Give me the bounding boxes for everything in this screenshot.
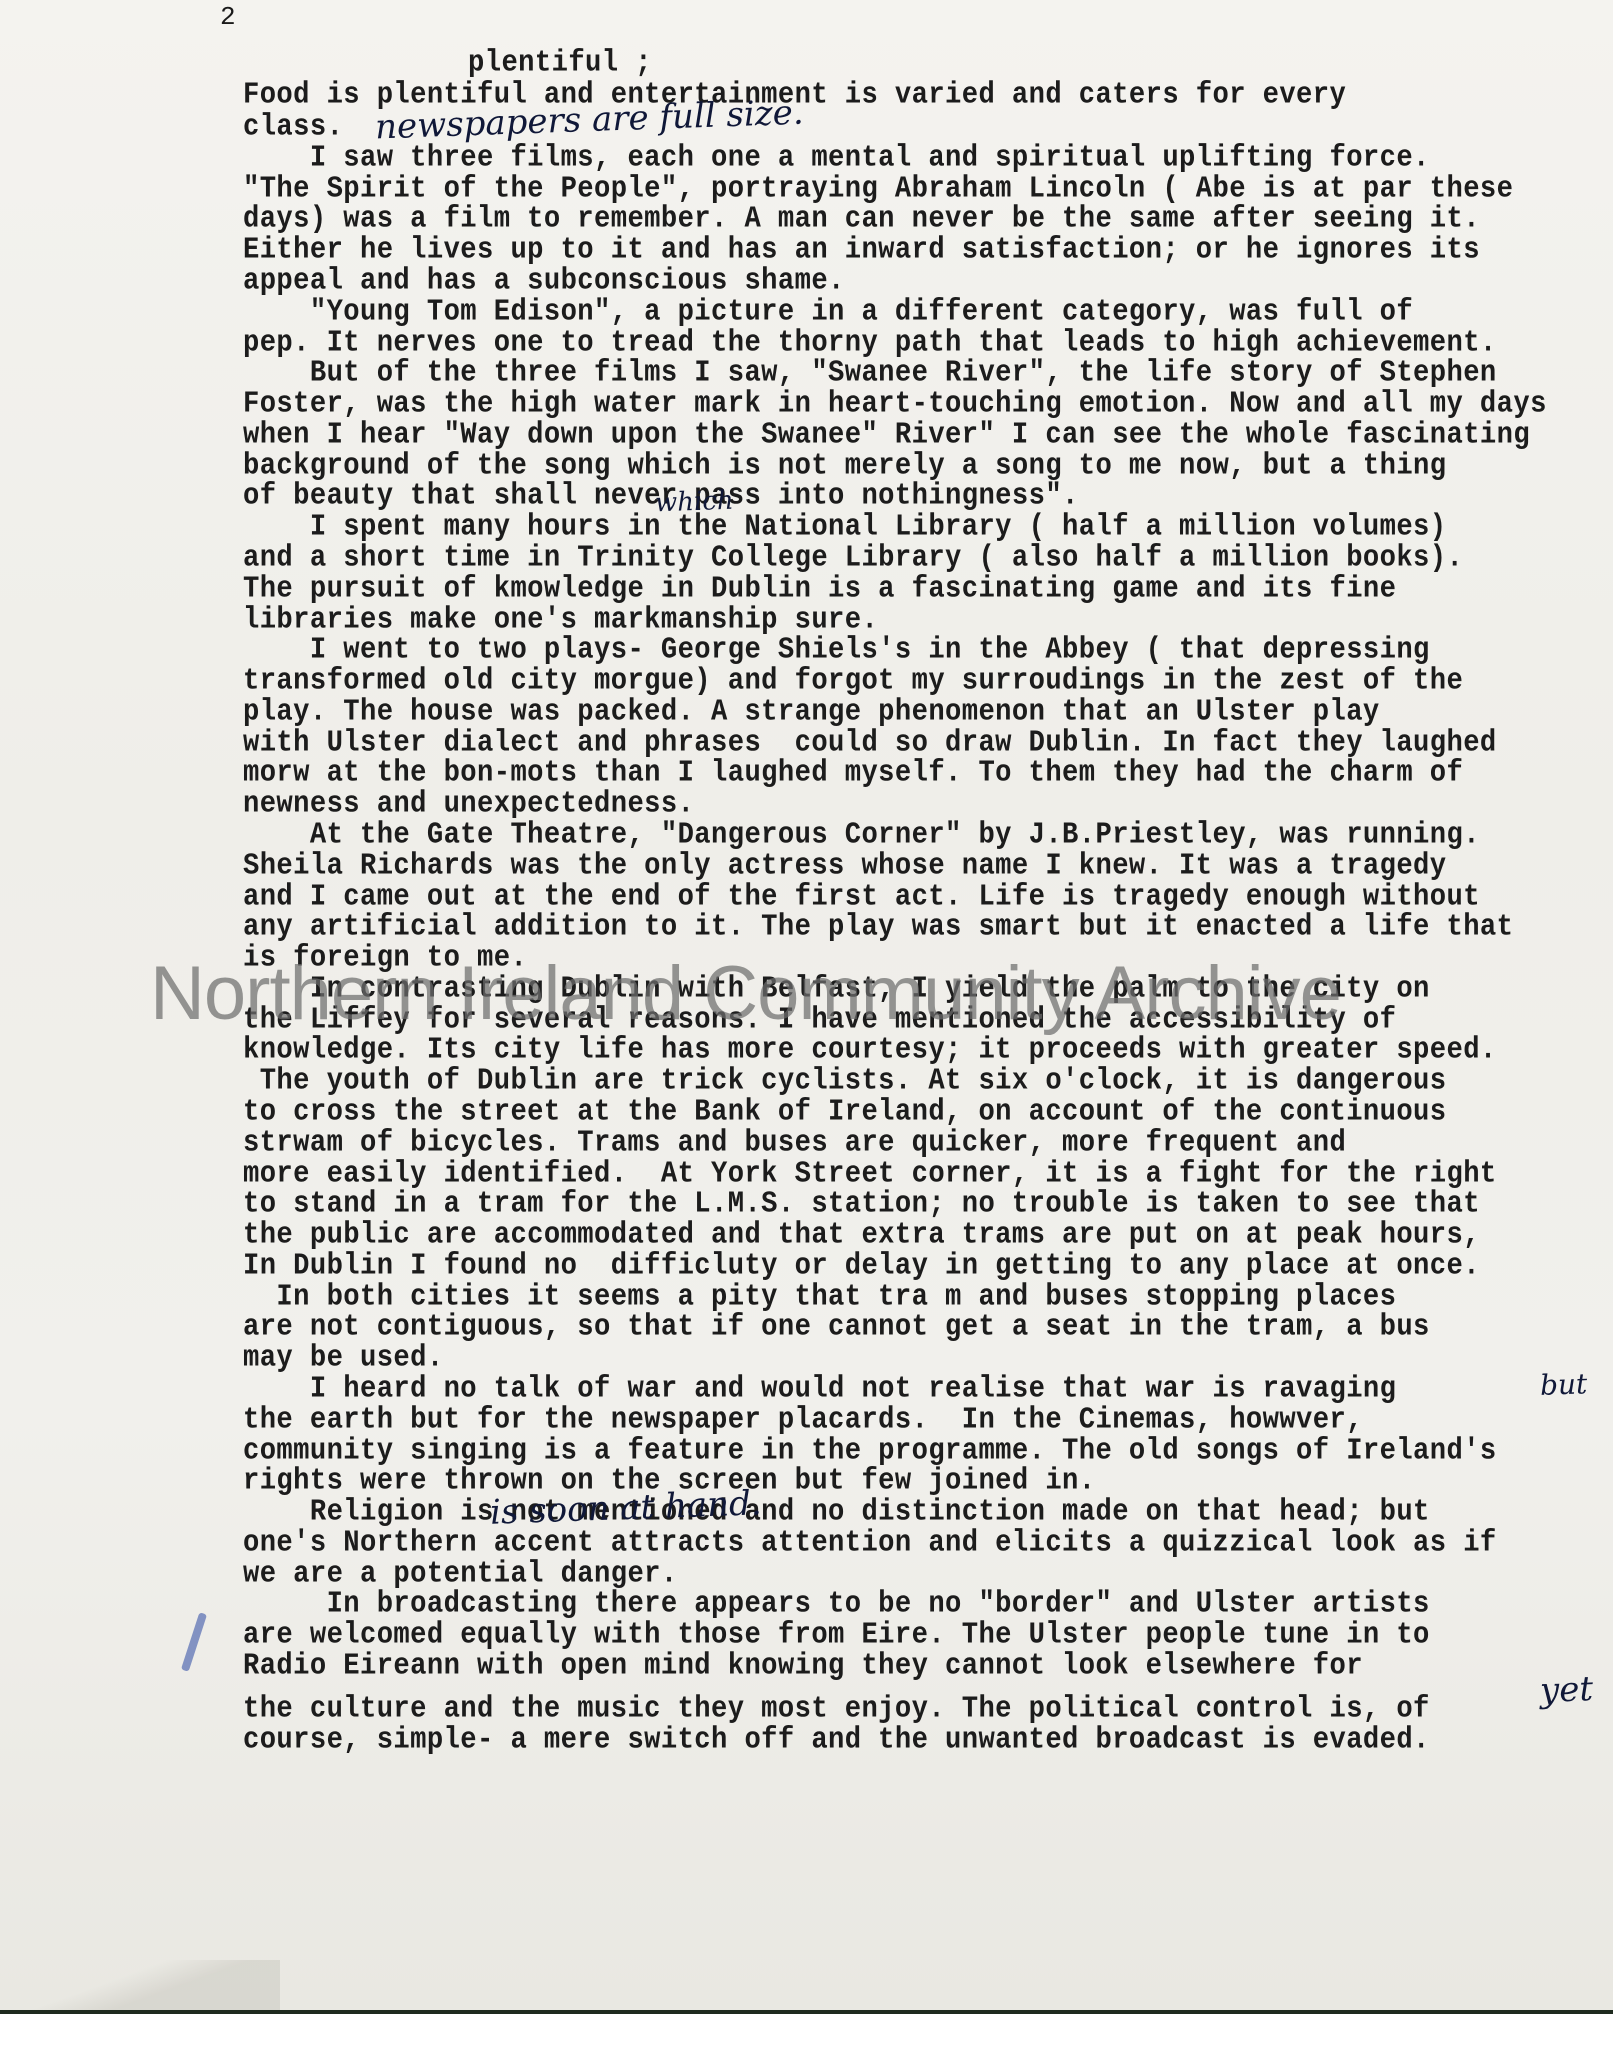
typed-line: morw at the bon-mots than I laughed myse… xyxy=(243,756,1463,791)
typed-line: At the Gate Theatre, "Dangerous Corner" … xyxy=(243,818,1480,853)
typed-line: Foster, was the high water mark in heart… xyxy=(243,387,1547,422)
typed-line: class. xyxy=(243,110,343,145)
page-number: 2 xyxy=(220,2,236,32)
typed-line: The pursuit of kmowledge in Dublin is a … xyxy=(243,572,1396,607)
watermark: Northern Ireland Community Archive xyxy=(150,950,1341,1037)
typed-line: Sheila Richards was the only actress who… xyxy=(243,849,1447,884)
typed-line: newness and unexpectedness. xyxy=(243,787,694,822)
typed-line: Radio Eireann with open mind knowing the… xyxy=(243,1649,1363,1684)
typed-line: appeal and has a subconscious shame. xyxy=(243,264,845,299)
typed-line: to cross the street at the Bank of Irela… xyxy=(243,1095,1447,1130)
document-page: 2 plentiful ;Food is plentiful and enter… xyxy=(0,0,1613,2014)
pen-mark xyxy=(181,1612,207,1672)
typed-line: the culture and the music they most enjo… xyxy=(243,1692,1430,1727)
typed-line: and a short time in Trinity College Libr… xyxy=(243,541,1463,576)
typed-line: "Young Tom Edison", a picture in a diffe… xyxy=(243,295,1413,330)
typed-line: I went to two plays- George Shiels's in … xyxy=(243,633,1430,668)
typed-line: Either he lives up to it and has an inwa… xyxy=(243,233,1480,268)
typed-line: plentiful ; xyxy=(0,46,652,81)
typed-line: to stand in a tram for the L.M.S. statio… xyxy=(243,1187,1480,1222)
typed-line: I heard no talk of war and would not rea… xyxy=(243,1372,1396,1407)
typed-line: days) was a film to remember. A man can … xyxy=(243,202,1480,237)
typed-line: the public are accommodated and that ext… xyxy=(243,1218,1480,1253)
handwritten-annotation: but xyxy=(1539,1367,1587,1402)
typed-line: transformed old city morgue) and forgot … xyxy=(243,664,1463,699)
typed-line: But of the three films I saw, "Swanee Ri… xyxy=(243,356,1497,391)
torn-corner xyxy=(0,1960,280,2010)
typed-line: one's Northern accent attracts attention… xyxy=(243,1526,1497,1561)
typed-line: play. The house was packed. A strange ph… xyxy=(243,695,1380,730)
typed-line: may be used. xyxy=(243,1341,444,1376)
typed-line: the earth but for the newspaper placards… xyxy=(243,1403,1363,1438)
handwritten-annotation: which xyxy=(655,486,735,519)
typed-line: In broadcasting there appears to be no "… xyxy=(243,1587,1430,1622)
typed-line: The youth of Dublin are trick cyclists. … xyxy=(243,1064,1447,1099)
typed-line: are not contiguous, so that if one canno… xyxy=(243,1310,1430,1345)
typed-line: I spent many hours in the National Libra… xyxy=(243,510,1447,545)
typed-line: Religion is not mentioned and no distinc… xyxy=(243,1495,1430,1530)
handwritten-annotation: yet xyxy=(1539,1669,1593,1711)
typed-line: knowledge. Its city life has more courte… xyxy=(243,1033,1497,1068)
typed-line: strwam of bicycles. Trams and buses are … xyxy=(243,1126,1346,1161)
typed-line: are welcomed equally with those from Eir… xyxy=(243,1618,1430,1653)
typed-line: course, simple- a mere switch off and th… xyxy=(243,1723,1430,1758)
typed-line: any artificial addition to it. The play … xyxy=(243,910,1513,945)
typed-line: In Dublin I found no difficluty or delay… xyxy=(243,1249,1480,1284)
typed-line: I saw three films, each one a mental and… xyxy=(243,141,1430,176)
typed-line: when I hear "Way down upon the Swanee" R… xyxy=(243,418,1530,453)
